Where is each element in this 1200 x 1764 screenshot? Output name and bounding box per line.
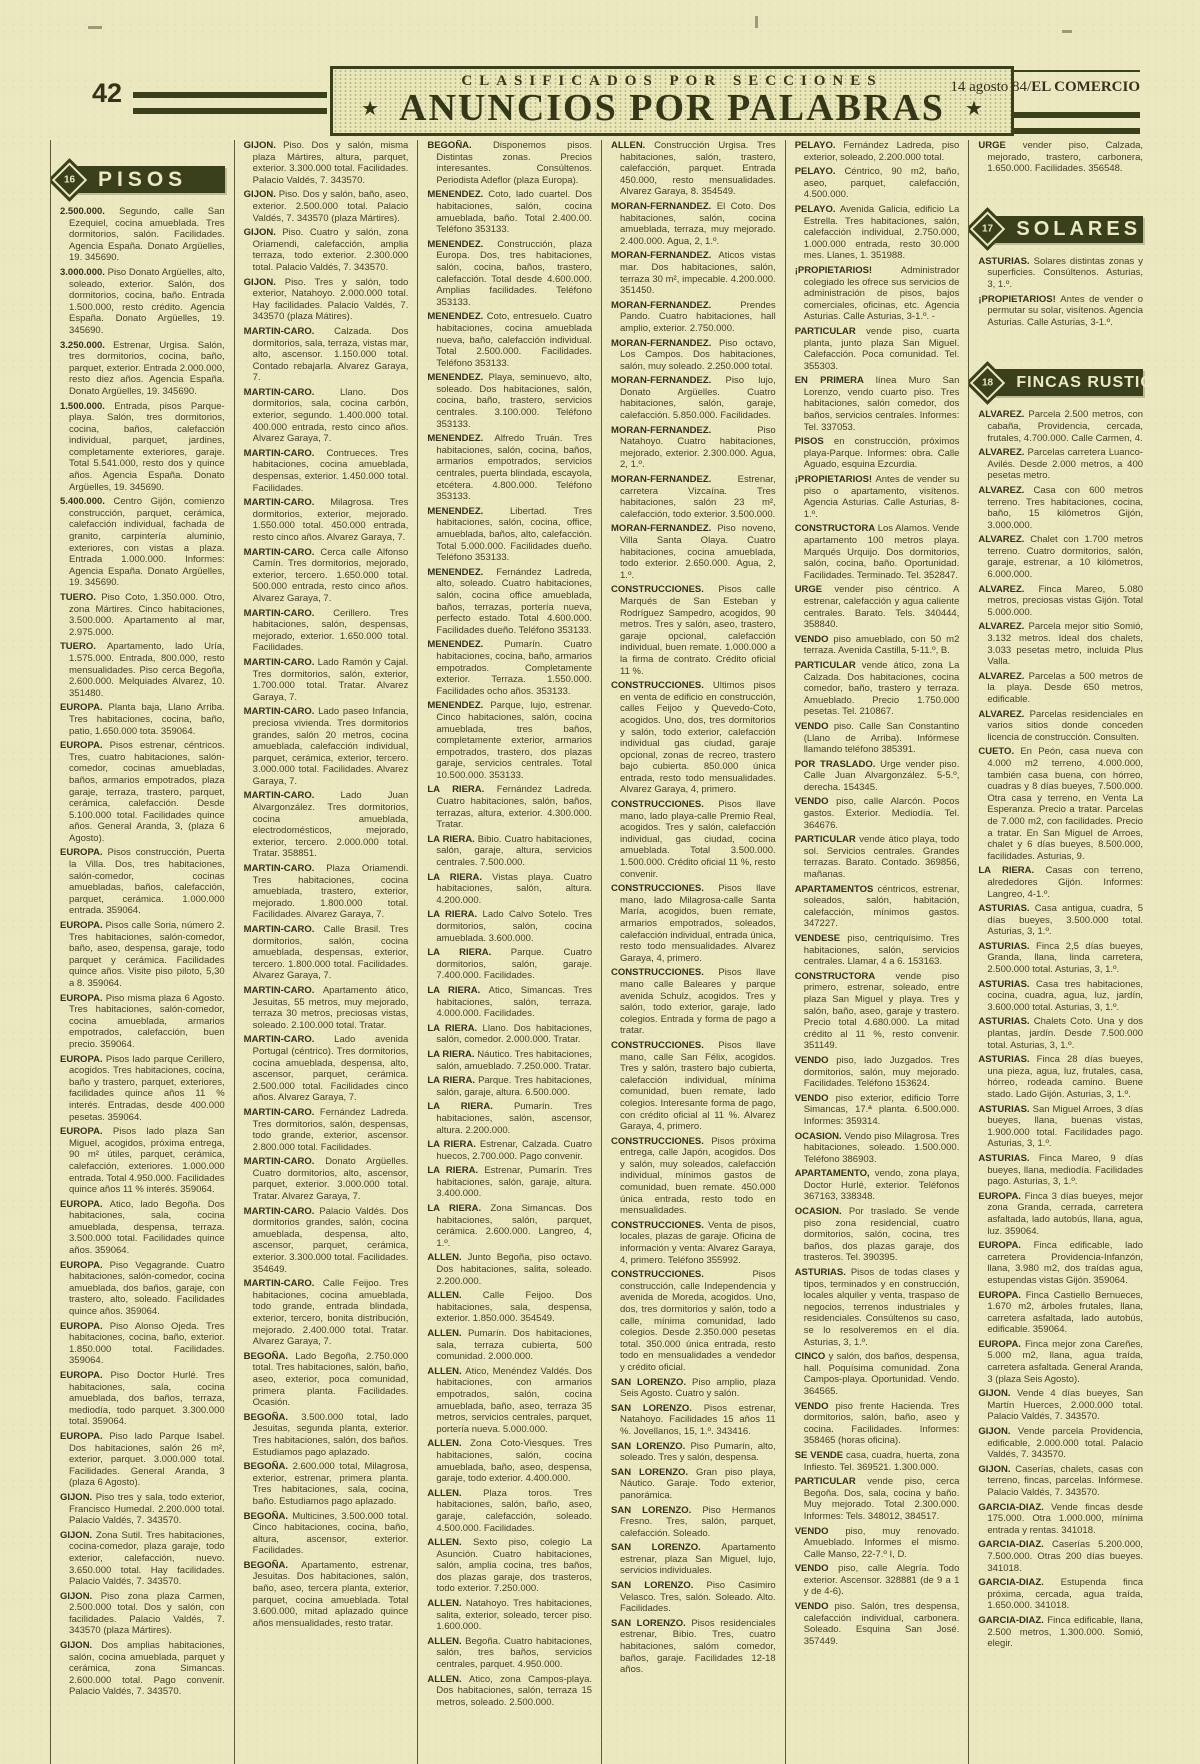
classified-ad: GIJON. Vende 4 días bueyes, San Martín H… [978,1388,1143,1423]
section-header-pisos: 16PISOS [64,166,225,193]
ad-lead: LA RIERA. [427,1203,490,1214]
ad-lead: EUROPA. [60,1431,109,1442]
ad-lead: MENENDEZ. [427,189,488,200]
classified-ad: ALVAREZ. Casa con 600 metros terreno. Tr… [978,485,1143,531]
ad-lead: ASTURIAS. [978,1016,1033,1027]
ad-lead: CUETO. [978,746,1020,757]
classified-ad: VENDO piso, muy renovado. Amueblado. Inf… [795,1526,960,1561]
ad-lead: ALVAREZ. [978,709,1029,720]
classified-ad: CONSTRUCCIONES. Pisos calle Marqués de S… [611,584,776,677]
ad-lead: ALLEN. [427,1366,465,1377]
ad-lead: ALLEN. [611,140,654,151]
ad-lead: GIJON. [244,227,283,238]
classified-ad: PELAYO. Fernández Ladreda, piso exterior… [795,140,960,163]
ad-lead: ASTURIAS. [978,979,1036,990]
ad-lead: VENDO [795,1526,846,1537]
column-4: ALLEN. Construcción Urgisa. Tres habitac… [601,140,785,1764]
classified-ad: LA RIERA. Náutico. Tres habitaciones, sa… [427,1049,592,1072]
classified-ad: LA RIERA. Estrenar, Pumarín. Tres habita… [427,1165,592,1200]
classified-ad: MORAN-FERNANDEZ. Piso octavo, Los Campos… [611,338,776,373]
section-diamond-icon: 18 [970,365,1005,400]
classified-ad: CONSTRUCCIONES. Ultimos pisos en venta d… [611,680,776,796]
classified-ad: BEGOÑA. 2.600.000 total, Milagrosa, exte… [244,1461,409,1507]
classified-ad: ASTURIAS. Finca 28 días bueyes, una piez… [978,1054,1143,1100]
classified-ad: APARTAMENTOS céntricos, estrenar, solead… [795,884,960,930]
classified-ad: MORAN-FERNANDEZ. El Coto. Dos habitacion… [611,201,776,247]
classified-ad: EUROPA. Pisos construcción, Puerta la Vi… [60,847,225,917]
classified-ad: PARTICULAR vende piso, cuarta planta, ju… [795,326,960,372]
ad-lead: ALVAREZ. [978,447,1027,458]
ad-lead: CONSTRUCCIONES. [611,1220,708,1231]
classified-ad: SE VENDE casa, cuadra, huerta, zona Infi… [795,1450,960,1473]
page-number: 42 [92,80,122,107]
column-1: 16PISOS2.500.000. Segundo, calle San Eze… [50,140,234,1764]
classified-ad: PARTICULAR vende ático, zona La Calzada.… [795,660,960,718]
ad-lead: EUROPA. [60,1260,110,1271]
ad-lead: EUROPA. [60,702,109,713]
classified-ad: APARTAMENTO, vendo, zona playa, Doctor H… [795,1168,960,1203]
ad-lead: MARTIN-CARO. [244,1107,320,1118]
ad-lead: LA RIERA. [427,1023,482,1034]
classified-ad: BEGOÑA. Apartamento, estrenar, Jesuitas.… [244,1560,409,1630]
ad-lead: MORAN-FERNANDEZ. [611,375,726,386]
classified-ad: PARTICULAR vende ático playa, todo sol. … [795,834,960,880]
ad-lead: VENDO [795,1563,838,1574]
classified-ad: MARTIN-CARO. Milagrosa. Tres dormitorios… [244,497,409,543]
classified-ad: EUROPA. Pisos lado parque Cerillero, aco… [60,1054,225,1124]
classified-ad: POR TRASLADO. Urge vender piso. Calle Ju… [795,759,960,794]
classified-ad: LA RIERA. Parque. Cuatro dormitorios, sa… [427,947,592,982]
ad-lead: ALLEN. [427,1252,467,1263]
classified-ad: 3.250.000. Estrenar, Urgisa. Salón, tres… [60,340,225,398]
ad-lead: EUROPA. [60,993,106,1004]
classified-ad: SAN LORENZO. Gran piso playa, Náutico. G… [611,1467,776,1502]
section-diamond-icon: 16 [52,162,87,197]
classified-ad: MORAN-FERNANDEZ. Piso lujo, Donato Argüe… [611,375,776,421]
ad-lead: GIJON. [244,189,279,200]
classified-ad: SAN LORENZO. Piso Hermanos Fresno. Tres,… [611,1505,776,1540]
ad-lead: BEGOÑA. [244,1351,296,1362]
ad-lead: URGE [795,584,835,595]
star-icon: ★ [361,96,379,121]
section-header-fincas: 18FINCAS RUSTICAS [982,369,1143,396]
classified-ad: CONSTRUCCIONES. Venta de pisos, locales,… [611,1220,776,1266]
classified-ad: TUERO. Piso Coto, 1.350.000. Otro, zona … [60,592,225,638]
classified-ad: GIJON. Piso. Tres y salón, todo exterior… [244,277,409,323]
ad-lead: MARTIN-CARO. [244,790,341,801]
classified-ad: ALVAREZ. Parcela mejor sitio Somió, 3.13… [978,621,1143,667]
ad-lead: ALLEN. [427,1598,466,1609]
classified-ad: MARTIN-CARO. Fernández Ladreda. Tres dor… [244,1107,409,1153]
ad-lead: EUROPA. [978,1339,1025,1350]
ad-lead: MARTIN-CARO. [244,1034,334,1045]
section-header-solares: 17SOLARES [982,216,1143,243]
section-title: SOLARES [1016,218,1141,241]
classified-ad: 3.000.000. Piso Donato Argüelles, alto, … [60,267,225,337]
classified-ad: ALVAREZ. Parcela 2.500 metros, con cabañ… [978,409,1143,444]
ad-lead: ALVAREZ. [978,671,1028,682]
ad-lead: EUROPA. [60,1126,113,1137]
column-5: PELAYO. Fernández Ladreda, piso exterior… [785,140,969,1764]
classified-ad: TUERO. Apartamento, lado Uría, 1.575.000… [60,641,225,699]
classified-ad: ALVAREZ. Chalet con 1.700 metros terreno… [978,534,1143,580]
classified-ad: MARTIN-CARO. Cerillero. Tres habitacione… [244,608,409,654]
classified-ad: GIJON. Piso. Dos y salón, baño, aseo, ex… [244,189,409,224]
ad-lead: VENDO [795,634,834,645]
ad-lead: ASTURIAS. [978,903,1034,914]
classified-ad: MORAN-FERNANDEZ. Prendes Pando. Cuatro h… [611,300,776,335]
ad-lead: BEGOÑA. [427,140,493,151]
classified-ad: MARTIN-CARO. Llano. Dos dormitorios, sal… [244,387,409,445]
ad-lead: ALVAREZ. [978,534,1030,545]
classified-ad: GARCIA-DIAZ. Finca edificable, llana, 2.… [978,1615,1143,1650]
classified-ad: SAN LORENZO. Piso Pumarín, alto, soleado… [611,1441,776,1464]
classified-ad: EUROPA. Planta baja, Llano Arriba. Tres … [60,702,225,737]
ad-lead: PISOS [795,436,834,447]
classified-ad: MARTIN-CARO. Contrueces. Tres habitacion… [244,448,409,494]
classified-ad: GIJON. Piso. Dos y salón, misma plaza Má… [244,140,409,186]
classified-ad: GIJON. Piso zona plaza Carmen, 2.500.000… [60,1591,225,1637]
ad-lead: ALLEN. [427,1636,465,1647]
ad-lead: GIJON. [60,1591,101,1602]
classified-ad: VENDO piso amueblado, con 50 m2 terraza.… [795,634,960,657]
ad-lead: CONSTRUCCIONES. [611,1040,718,1051]
ad-lead: MENENDEZ. [427,311,486,322]
star-icon: ★ [965,96,983,121]
classified-ad: VENDO piso, lado Juzgados. Tres dormitor… [795,1055,960,1090]
classified-ad: ASTURIAS. Chalets Coto. Una y dos planta… [978,1016,1143,1051]
classified-ad: ALVAREZ. Parcelas residenciales en vario… [978,709,1143,744]
ad-lead: SAN LORENZO. [611,1403,704,1414]
ad-lead: CONSTRUCTORA [795,523,878,534]
classified-ad: BEGOÑA. Disponemos pisos. Distintas zona… [427,140,592,186]
classified-ad: MENENDEZ. Pumarín. Cuatro habitaciones, … [427,639,592,697]
ad-lead: EUROPA. [60,920,105,931]
classified-ad: GIJON. Vende parcela Providencia, edific… [978,1426,1143,1461]
ad-lead: LA RIERA. [427,1075,478,1086]
classified-ad: MORAN-FERNANDEZ. Piso noveno, Villa Sant… [611,523,776,581]
classified-ad: MARTIN-CARO. Cerca calle Alfonso Camín. … [244,547,409,605]
ad-lead: VENDESE [795,933,848,944]
ad-lead: VENDO [795,1055,837,1066]
ad-lead: MARTIN-CARO. [244,608,333,619]
ad-lead: 5.400.000. [60,496,114,507]
ad-lead: VENDO [795,1401,836,1412]
classified-ad: VENDO piso, calle Alarcón. Pocos gastos.… [795,796,960,831]
banner-title: ANUNCIOS POR PALABRAS [399,87,945,129]
spacer [978,178,1143,208]
banner-box: CLASIFICADOS POR SECCIONES ★ ANUNCIOS PO… [330,66,1014,136]
classified-ad: ASTURIAS. Casa tres habitaciones, cocina… [978,979,1143,1014]
ad-lead: PELAYO. [795,140,844,151]
classified-ad: CINCO y salón, dos baños, despensa, hall… [795,1351,960,1397]
ad-lead: MENENDEZ. [427,239,497,250]
ad-lead: ALLEN. [427,1290,482,1301]
classified-ad: URGE vender piso, Calzada, mejorado, tra… [978,140,1143,175]
classified-ad: CONSTRUCCIONES. Pisos llave mano calle B… [611,967,776,1037]
classified-ad: MARTIN-CARO. Donato Argüelles. Cuatro do… [244,1156,409,1202]
column-3: BEGOÑA. Disponemos pisos. Distintas zona… [417,140,601,1764]
ad-lead: CONSTRUCCIONES. [611,1136,711,1147]
column-6: URGE vender piso, Calzada, mejorado, tra… [968,140,1152,1764]
classified-ad: ALLEN. Atico, zona Campos-playa. Dos hab… [427,1674,592,1709]
classified-ad: MORAN-FERNANDEZ. Aticos vistas mar. Dos … [611,250,776,296]
paper-name: EL COMERCIO [1031,79,1140,95]
ad-lead: CONSTRUCCIONES. [611,799,718,810]
ad-lead: VENDO [795,796,836,807]
ad-lead: LA RIERA. [427,872,492,883]
section-diamond-icon: 17 [970,212,1005,247]
newspaper-page: 42 CLASIFICADOS POR SECCIONES ★ ANUNCIOS… [0,0,1200,1764]
ad-lead: EUROPA. [978,1191,1024,1202]
ad-lead: SAN LORENZO. [611,1467,696,1478]
ad-lead: SAN LORENZO. [611,1618,691,1629]
classified-ad: MENENDEZ. Alfredo Truán. Tres habitacion… [427,433,592,503]
ad-lead: MENENDEZ. [427,433,494,444]
classified-ad: ALLEN. Construcción Urgisa. Tres habitac… [611,140,776,198]
ad-lead: LA RIERA. [427,1049,477,1060]
classified-ad: EUROPA. Pisos calle Soria, número 2. Tre… [60,920,225,990]
classified-ad: ASTURIAS. Finca 2,5 días bueyes, Granda,… [978,941,1143,976]
ad-lead: MORAN-FERNANDEZ. [611,474,738,485]
ad-lead: LA RIERA. [978,865,1045,876]
section-title: PISOS [98,168,187,192]
ad-lead: ASTURIAS. [978,1054,1036,1065]
classified-ad: PELAYO. Avenida Galicia, edificio La Est… [795,204,960,262]
ad-lead: MENENDEZ. [427,700,490,711]
classified-ad: EUROPA. Finca mejor zona Careñes, 5.000 … [978,1339,1143,1385]
print-mark [755,16,758,28]
classified-ad: MORAN-FERNANDEZ. Piso Natahoyo. Cuatro h… [611,425,776,471]
classified-ad: VENDESE piso, centriquísimo. Tres habita… [795,933,960,968]
ad-lead: MORAN-FERNANDEZ. [611,338,719,349]
ad-lead: LA RIERA. [427,985,488,996]
ad-lead: MORAN-FERNANDEZ. [611,523,717,534]
classified-ad: 5.400.000. Centro Gijón, comienzo constr… [60,496,225,589]
classified-ad: MARTIN-CARO. Calle Brasil. Tres dormitor… [244,924,409,982]
ad-lead: MORAN-FERNANDEZ. [611,250,718,261]
classified-ad: MARTIN-CARO. Lado avenida Portugal (cént… [244,1034,409,1104]
ad-lead: MENENDEZ. [427,567,496,578]
classified-ad: OCASION. Vendo piso Milagrosa. Tres habi… [795,1131,960,1166]
classified-ad: SAN LORENZO. Apartamento estrenar, plaza… [611,1542,776,1577]
section-number: 17 [977,219,998,240]
ad-lead: OCASION. [795,1206,849,1217]
classified-ad: BEGOÑA. Multicines, 3.500.000 total. Cin… [244,1511,409,1557]
ad-lead: BEGOÑA. [244,1461,293,1472]
ad-lead: EUROPA. [60,847,108,858]
classified-ad: ALVAREZ. Parcelas a 500 metros de la pla… [978,671,1143,706]
ad-lead: GIJON. [60,1492,96,1503]
classified-ad: GIJON. Caserías, chalets, casas con terr… [978,1464,1143,1499]
classified-ad: SAN LORENZO. Pisos residenciales estrena… [611,1618,776,1676]
classified-ad: EN PRIMERA línea Muro San Lorenzo, vendo… [795,375,960,433]
ad-lead: CINCO [795,1351,829,1362]
spacer [60,140,225,158]
classified-ad: VENDO piso exterior, edificio Torre Sima… [795,1093,960,1128]
ad-lead: MARTIN-CARO. [244,985,323,996]
classified-ad: EUROPA. Finca edificable, lado carretera… [978,1240,1143,1286]
classified-ad: ASTURIAS. Pisos de todas clases y tipos,… [795,1267,960,1348]
ad-lead: ALVAREZ. [978,409,1028,420]
classified-ad: GARCIA-DIAZ. Caserías 5.200.000, 7.500.0… [978,1539,1143,1574]
classified-ad: LA RIERA. Parque. Tres habitaciones, sal… [427,1075,592,1098]
ad-lead: ALLEN. [427,1438,470,1449]
ad-lead: ALLEN. [427,1328,468,1339]
ad-lead: ¡PROPIETARIOS! [978,294,1060,305]
classified-ad: EUROPA. Piso misma plaza 6 Agosto. Tres … [60,993,225,1051]
section-title: FINCAS RUSTICAS [1016,374,1152,392]
classified-ad: URGE vender piso céntrico. A estrenar, c… [795,584,960,630]
ad-lead: ASTURIAS. [978,941,1036,952]
classified-ad: CONSTRUCCIONES. Pisos llave mano, lado M… [611,883,776,964]
rule-left-top [133,92,327,98]
ad-lead: PELAYO. [795,166,845,177]
ad-lead: EUROPA. [978,1290,1025,1301]
classified-ad: MORAN-FERNANDEZ. Estrenar, carretera Viz… [611,474,776,520]
ad-lead: MARTIN-CARO. [244,1206,320,1217]
classified-ad: MENENDEZ. Coto, lado cuartel. Dos habita… [427,189,592,235]
ad-lead: LA RIERA. [427,1101,514,1112]
ad-lead: GIJON. [978,1464,1015,1475]
ad-lead: MORAN-FERNANDEZ. [611,425,757,436]
classified-ad: LA RIERA. Fernández Ladreda. Cuatro habi… [427,784,592,830]
ad-lead: VENDO [795,1601,835,1612]
dateline: 14 agosto 84/EL COMERCIO [950,78,1140,96]
classified-ad: MARTIN-CARO. Lado paseo Infancia, precio… [244,706,409,787]
ad-lead: EUROPA. [60,1054,106,1065]
ad-lead: GARCIA-DIAZ. [978,1577,1060,1588]
classified-ad: ASTURIAS. Casa antigua, cuadra, 5 días b… [978,903,1143,938]
ad-lead: MARTIN-CARO. [244,547,321,558]
classified-ad: LA RIERA. Casas con terreno, alrededores… [978,865,1143,900]
ad-lead: SAN LORENZO. [611,1580,707,1591]
ad-lead: GIJON. [60,1530,96,1541]
ad-lead: EUROPA. [60,1199,110,1210]
ad-lead: MARTIN-CARO. [244,326,335,337]
classified-ad: GIJON. Piso. Cuatro y salón, zona Oriame… [244,227,409,273]
ad-lead: BEGOÑA. [244,1412,302,1423]
ad-lead: SAN LORENZO. [611,1441,690,1452]
ad-lead: TUERO. [60,592,101,603]
classified-ad: GARCIA-DIAZ. Vende fincas desde 175.000.… [978,1502,1143,1537]
classified-ad: MENENDEZ. Coto, entresuelo. Cuatro habit… [427,311,592,369]
classified-ad: ALLEN. Sexto piso, colegio La Asunción. … [427,1537,592,1595]
classified-ad: MENENDEZ. Parque, lujo, estrenar. Cinco … [427,700,592,781]
classified-ad: SAN LORENZO. Piso Casimiro Velasco. Tres… [611,1580,776,1615]
classified-ad: VENDO piso. Calle San Constantino (Llano… [795,721,960,756]
ad-lead: POR TRASLADO. [795,759,880,770]
classified-ad: CONSTRUCTORA vende piso primero, estrena… [795,971,960,1052]
spacer [978,331,1143,361]
ad-lead: ALLEN. [427,1674,469,1685]
ad-lead: ASTURIAS. [978,256,1033,267]
ad-lead: MORAN-FERNANDEZ. [611,201,717,212]
rule-left-bottom [133,108,327,114]
ad-lead: 3.250.000. [60,340,113,351]
ad-lead: EUROPA. [60,1321,110,1332]
classified-ad: CONSTRUCTORA Los Alamos. Vende apartamen… [795,523,960,581]
classified-ad: LA RIERA. Lado Calvo Sotelo. Tres dormit… [427,909,592,944]
classified-ad: MENENDEZ. Playa, seminuevo, alto, solead… [427,372,592,430]
classified-ad: ASTURIAS. Finca Mareo, 9 días bueyes, ll… [978,1153,1143,1188]
ad-lead: MENENDEZ. [427,506,510,517]
ad-lead: TUERO. [60,641,107,652]
ad-lead: 3.000.000. [60,267,108,278]
classified-ad: MENENDEZ. Libertad. Tres habitaciones, s… [427,506,592,564]
ad-lead: MARTIN-CARO. [244,387,340,398]
ad-lead: ALLEN. [427,1537,473,1548]
classified-ad: PELAYO. Céntrico, 90 m2, baño, aseo, par… [795,166,960,201]
classified-ad: ASTURIAS. San Miguel Arroes, 3 días buey… [978,1104,1143,1150]
ad-lead: MARTIN-CARO. [244,657,318,668]
ad-lead: SAN LORENZO. [611,1377,692,1388]
ad-lead: PARTICULAR [795,326,866,337]
classified-ad: MENENDEZ. Construcción, plaza Europa. Do… [427,239,592,309]
ad-lead: CONSTRUCCIONES. [611,1269,752,1280]
ad-lead: EUROPA. [60,1370,111,1381]
classified-ad: ¡PROPIETARIOS! Administrador colegiado l… [795,265,960,323]
classified-ad: 2.500.000. Segundo, calle San Ezequiel, … [60,206,225,264]
ad-lead: ALVAREZ. [978,621,1028,632]
classified-ad: EUROPA. Piso Doctor Hurlé. Tres habitaci… [60,1370,225,1428]
classified-ad: MARTIN-CARO. Lado Ramón y Cajal. Tres do… [244,657,409,703]
column-2: GIJON. Piso. Dos y salón, misma plaza Má… [234,140,418,1764]
classified-ad: ALLEN. Plaza toros. Tres habitaciones, s… [427,1488,592,1534]
ad-lead: EUROPA. [978,1240,1033,1251]
classified-ad: GIJON. Zona Sutil. Tres habitaciones, co… [60,1530,225,1588]
classified-ad: EUROPA. Finca 3 días bueyes, mejor zona … [978,1191,1143,1237]
classified-ad: 1.500.000. Entrada, pisos Parque-playa. … [60,401,225,494]
ad-lead: CONSTRUCCIONES. [611,883,718,894]
ad-lead: VENDO [795,721,834,732]
ad-lead: MORAN-FERNANDEZ. [611,300,740,311]
classified-ad: MARTIN-CARO. Calle Feijoo. Tres habitaci… [244,1278,409,1348]
ad-lead: ALVAREZ. [978,485,1033,496]
ad-lead: LA RIERA. [427,1139,480,1150]
ad-lead: APARTAMENTOS [795,884,878,895]
ad-lead: MARTIN-CARO. [244,497,331,508]
ad-lead: EUROPA. [60,740,110,751]
classified-ad: CONSTRUCCIONES. Pisos llave mano, calle … [611,1040,776,1133]
classified-ad: ASTURIAS. Solares distintas zonas y supe… [978,256,1143,291]
classified-ad: MARTIN-CARO. Calzada. Dos dormitorios, s… [244,326,409,384]
ad-lead: GIJON. [978,1426,1018,1437]
ad-lead: SAN LORENZO. [611,1542,721,1553]
ad-lead: GIJON. [60,1640,101,1651]
ad-lead: CONSTRUCCIONES. [611,967,718,978]
ad-lead: CONSTRUCCIONES. [611,584,718,595]
ad-lead: MARTIN-CARO. [244,706,318,717]
classified-ad: ALLEN. Begoña. Cuatro habitaciones, saló… [427,1636,592,1671]
classified-ad: LA RIERA. Atico, Simancas. Tres habitaci… [427,985,592,1020]
classified-ad: ALLEN. Pumarín. Dos habitaciones, sala, … [427,1328,592,1363]
ad-lead: PARTICULAR [795,1476,868,1487]
classified-ad: MARTIN-CARO. Lado Juan Alvargonzález. Tr… [244,790,409,860]
ad-lead: MARTIN-CARO. [244,448,327,459]
ad-lead: 1.500.000. [60,401,114,412]
banner-title-row: ★ ANUNCIOS POR PALABRAS ★ [333,87,1011,129]
ad-lead: VENDO [795,1093,836,1104]
classified-ad: LA RIERA. Vistas playa. Cuatro habitacio… [427,872,592,907]
classified-ad: PISOS en construcción, próximos playa-Pa… [795,436,960,471]
classified-ad: ALLEN. Atico, Menéndez Valdés. Dos habit… [427,1366,592,1436]
ad-lead: ¡PROPIETARIOS! [795,265,901,276]
classified-ad: ALVAREZ. Parcelas carretera Luanco-Avilé… [978,447,1143,482]
ad-lead: URGE [978,140,1022,151]
ad-lead: MARTIN-CARO. [244,863,327,874]
classified-ad: LA RIERA. Pumarín. Tres habitaciones, sa… [427,1101,592,1136]
